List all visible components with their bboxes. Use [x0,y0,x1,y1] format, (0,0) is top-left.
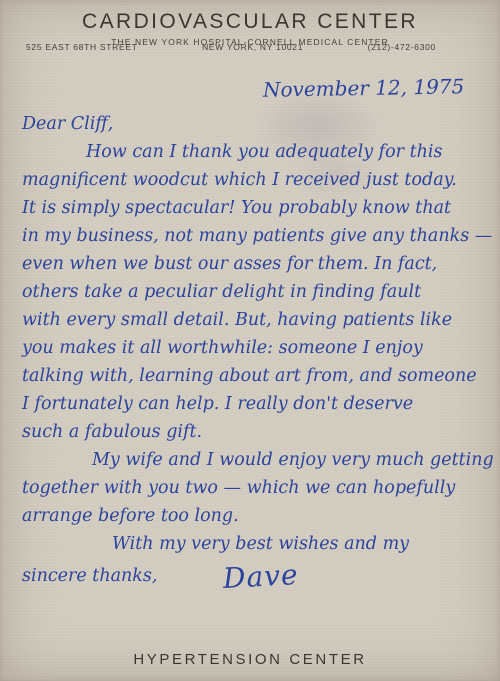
letterhead-city: NEW YORK, NY 10021 [202,42,303,52]
letterhead-title: CARDIOVASCULAR CENTER [0,10,500,34]
letter-line: With my very best wishes and my [22,530,484,558]
letter-line: even when we bust our asses for them. In… [22,250,484,278]
footer-title: HYPERTENSION CENTER [0,651,500,668]
letter-line: How can I thank you adequately for this [22,138,484,166]
letterhead-address-row: 525 EAST 68TH STREET NEW YORK, NY 10021 … [26,42,436,52]
letter-line: you makes it all worthwhile: someone I e… [22,334,484,362]
letter-line: others take a peculiar delight in findin… [22,278,484,306]
closing-phrase: sincere thanks, [22,562,157,590]
closing-row: sincere thanks, Dave [22,558,484,592]
signature: Dave [223,561,300,593]
letter-line: My wife and I would enjoy very much gett… [22,446,484,474]
letter-line: talking with, learning about art from, a… [22,362,484,390]
salutation: Dear Cliff, [22,110,484,138]
letter-body: Dear Cliff, How can I thank you adequate… [22,110,484,592]
letter-date: November 12, 1975 [263,74,465,102]
letter-page: CARDIOVASCULAR CENTER THE NEW YORK HOSPI… [0,0,500,681]
letter-line: in my business, not many patients give a… [22,222,484,250]
letter-line: together with you two — which we can hop… [22,474,484,502]
letter-line: such a fabulous gift. [22,418,484,446]
letter-line: with every small detail. But, having pat… [22,306,484,334]
letterhead-phone: (212)-472-6300 [368,42,436,52]
letter-line: arrange before too long. [22,502,484,530]
letterhead-street: 525 EAST 68TH STREET [26,42,138,52]
letter-line: I fortunately can help. I really don't d… [22,390,484,418]
letter-line: It is simply spectacular! You probably k… [22,194,484,222]
letter-line: magnificent woodcut which I received jus… [22,166,484,194]
